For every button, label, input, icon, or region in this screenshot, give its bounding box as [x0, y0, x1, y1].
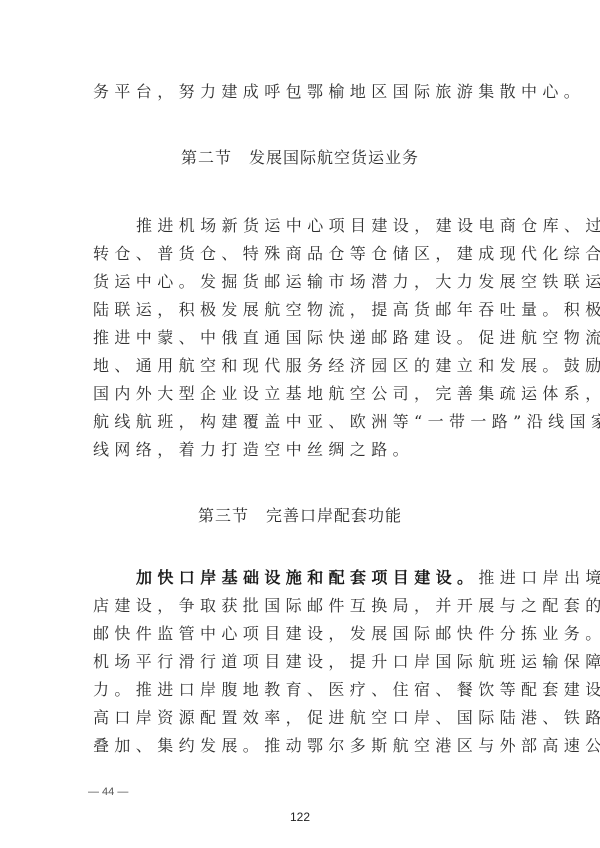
paragraph-line: 推进机场新货运中心项目建设，建设电商仓库、过境中: [136, 212, 556, 240]
paragraph-line: 高口岸资源配置效率，促进航空口岸、国际陆港、铁路功能: [93, 704, 513, 732]
paragraph-first-line: 加快口岸基础设施和配套项目建设。推进口岸出境免税: [136, 564, 556, 592]
document-page: 务平台，努力建成呼包鄂榆地区国际旅游集散中心。 第二节 发展国际航空货运业务 推…: [0, 0, 600, 848]
paragraph-line: 机场平行滑行道项目建设，提升口岸国际航班运输保障能: [93, 648, 513, 676]
document-page-number: — 44 —: [88, 786, 128, 798]
file-page-number: 122: [0, 810, 600, 824]
paragraph-line: 叠加、集约发展。推动鄂尔多斯航空港区与外部高速公路、: [93, 732, 513, 760]
paragraph-line: 线网络，着力打造空中丝绸之路。: [93, 436, 513, 464]
section-heading-2: 第二节 发展国际航空货运业务: [0, 144, 600, 172]
paragraph-line: 陆联运，积极发展航空物流，提高货邮年吞吐量。积极参与: [93, 296, 513, 324]
paragraph-line: 店建设，争取获批国际邮件互换局，并开展与之配套的国际: [93, 592, 513, 620]
paragraph-line: 邮快件监管中心项目建设，发展国际邮快件分拣业务。推进: [93, 620, 513, 648]
paragraph-line: 货运中心。发掘货邮运输市场潜力，大力发展空铁联运、空: [93, 268, 513, 296]
paragraph-line: 国内外大型企业设立基地航空公司，完善集疏运体系，加密: [93, 380, 513, 408]
first-line-text: 推进口岸出境免税: [478, 568, 600, 587]
continuation-line: 务平台，努力建成呼包鄂榆地区国际旅游集散中心。: [93, 78, 513, 106]
paragraph-line: 地、通用航空和现代服务经济园区的建立和发展。鼓励支持: [93, 352, 513, 380]
paragraph-line: 力。推进口岸腹地教育、医疗、住宿、餐饮等配套建设。提: [93, 676, 513, 704]
paragraph-line: 转仓、普货仓、特殊商品仓等仓储区，建成现代化综合航空: [93, 240, 513, 268]
section-heading-3: 第三节 完善口岸配套功能: [0, 502, 600, 530]
paragraph-line: 航线航班，构建覆盖中亚、欧洲等“一带一路”沿线国家航: [93, 408, 513, 436]
paragraph-line: 推进中蒙、中俄直通国际快递邮路建设。促进航空物流集散: [93, 324, 513, 352]
bold-lead-sentence: 加快口岸基础设施和配套项目建设。: [136, 568, 478, 587]
